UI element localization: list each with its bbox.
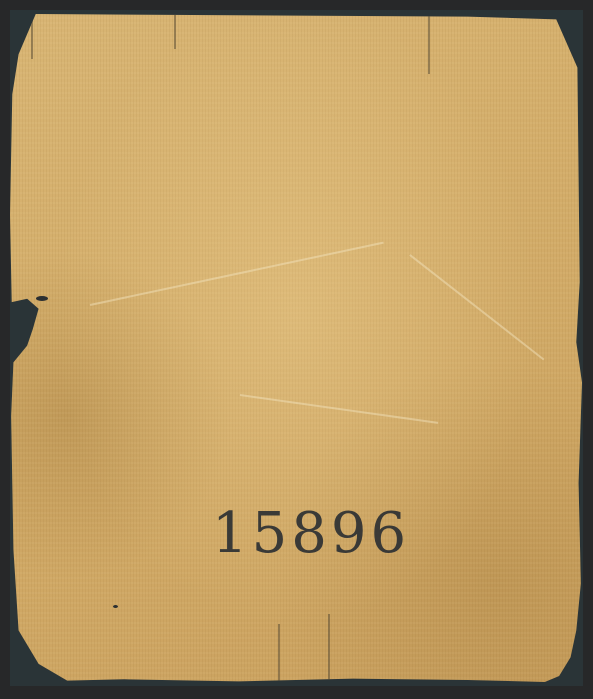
- ink-dot: [113, 605, 118, 608]
- tear-top-4: [428, 14, 430, 74]
- paper-note: [10, 14, 582, 684]
- fold-line-2: [410, 254, 545, 360]
- fold-line-3: [240, 394, 438, 423]
- tear-bottom-1: [278, 624, 280, 684]
- serial-number: 15896: [212, 506, 452, 562]
- photo-frame: 15896: [0, 0, 593, 699]
- fold-line-1: [90, 242, 384, 306]
- tear-bottom-2: [328, 614, 330, 684]
- tear-top-3: [174, 14, 176, 49]
- ink-spot: [36, 296, 48, 301]
